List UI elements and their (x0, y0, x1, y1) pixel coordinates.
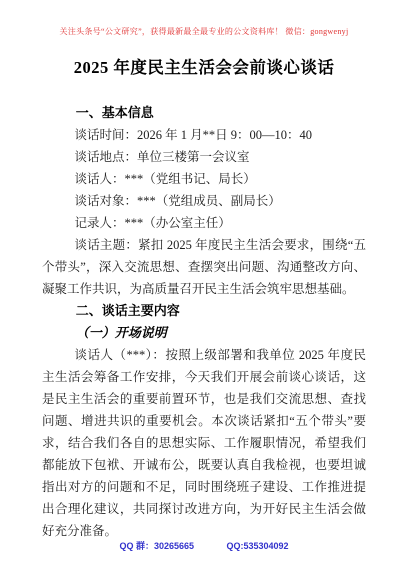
qq-number-text: QQ:535304092 (227, 541, 289, 551)
section-heading-main-content: 二、谈话主要内容 (42, 300, 366, 322)
document-title: 2025 年度民主生活会会前谈心谈话 (28, 54, 380, 78)
detail-line-recorder: 记录人：***（办公室主任） (42, 212, 366, 234)
detail-line-time: 谈话时间：2026 年 1 月**日 9：00—10：40 (42, 124, 366, 146)
detail-line-interviewer: 谈话人：***（党组书记、局长） (42, 168, 366, 190)
qq-group-text: QQ 群：30265665 (119, 541, 194, 551)
section-heading-basic-info: 一、基本信息 (42, 102, 366, 124)
theme-paragraph: 谈话主题：紧扣 2025 年度民主生活会要求，围绕“五个带头”，深入交流思想、查… (42, 234, 366, 300)
document-body: 一、基本信息 谈话时间：2026 年 1 月**日 9：00—10：40 谈话地… (42, 102, 366, 542)
detail-line-location: 谈话地点：单位三楼第一会议室 (42, 146, 366, 168)
subsection-heading-opening: （一）开场说明 (42, 322, 366, 344)
footer-qq-info: QQ 群：30265665 QQ:535304092 (0, 539, 408, 552)
detail-line-interviewee: 谈话对象：***（党组成员、副局长） (42, 190, 366, 212)
header-notice: 关注头条号“公文研究”，获得最新最全最专业的公文资料库！ 微信：gongweny… (0, 26, 408, 37)
document-page: 关注头条号“公文研究”，获得最新最全最专业的公文资料库！ 微信：gongweny… (0, 0, 408, 580)
opening-paragraph: 谈话人（***）：按照上级部署和我单位 2025 年度民主生活会筹备工作安排，今… (42, 344, 366, 542)
